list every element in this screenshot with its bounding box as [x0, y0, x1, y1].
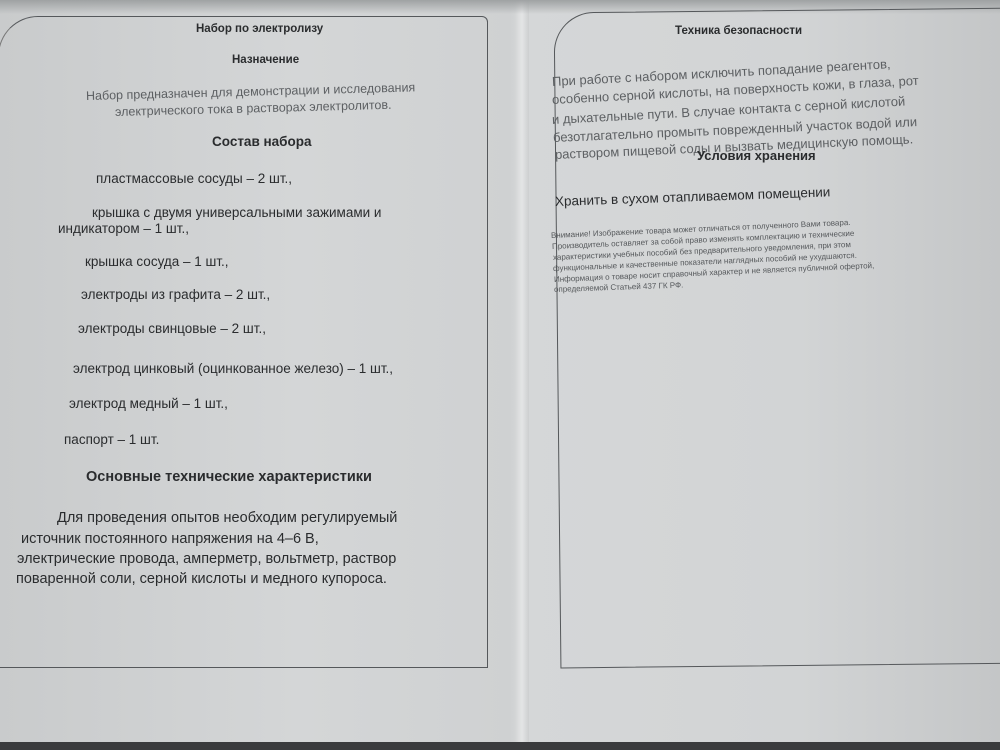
- contents-item: электроды из графита – 2 шт.,: [81, 288, 270, 302]
- specs-line-3: электрические провода, амперметр, вольтм…: [17, 552, 396, 567]
- specs-line-2: источник постоянного напряжения на 4–6 В…: [21, 532, 319, 547]
- specs-line-1: Для проведения опытов необходим регулиру…: [57, 511, 397, 526]
- contents-item: индикатором – 1 шт.,: [58, 222, 189, 236]
- left-page-title: Набор по электролизу: [196, 24, 323, 36]
- contents-item: крышка сосуда – 1 шт.,: [85, 255, 229, 269]
- purpose-heading: Назначение: [232, 55, 299, 67]
- contents-item: крышка с двумя универсальными зажимами и: [92, 206, 381, 220]
- specs-heading: Основные технические характеристики: [86, 470, 372, 485]
- specs-line-4: поваренной соли, серной кислоты и медног…: [16, 572, 387, 587]
- contents-item: пластмассовые сосуды – 2 шт.,: [96, 172, 292, 186]
- contents-item: электрод медный – 1 шт.,: [69, 397, 228, 411]
- storage-heading: Условия хранения: [697, 149, 816, 162]
- contents-item: паспорт – 1 шт.: [64, 433, 159, 447]
- contents-item: электрод цинковый (оцинкованное железо) …: [73, 362, 393, 376]
- contents-item: электроды свинцовые – 2 шт.,: [78, 322, 266, 336]
- center-fold: [515, 0, 529, 745]
- safety-heading: Техника безопасности: [675, 26, 802, 38]
- table-edge: [0, 742, 1000, 750]
- contents-heading: Состав набора: [212, 135, 312, 149]
